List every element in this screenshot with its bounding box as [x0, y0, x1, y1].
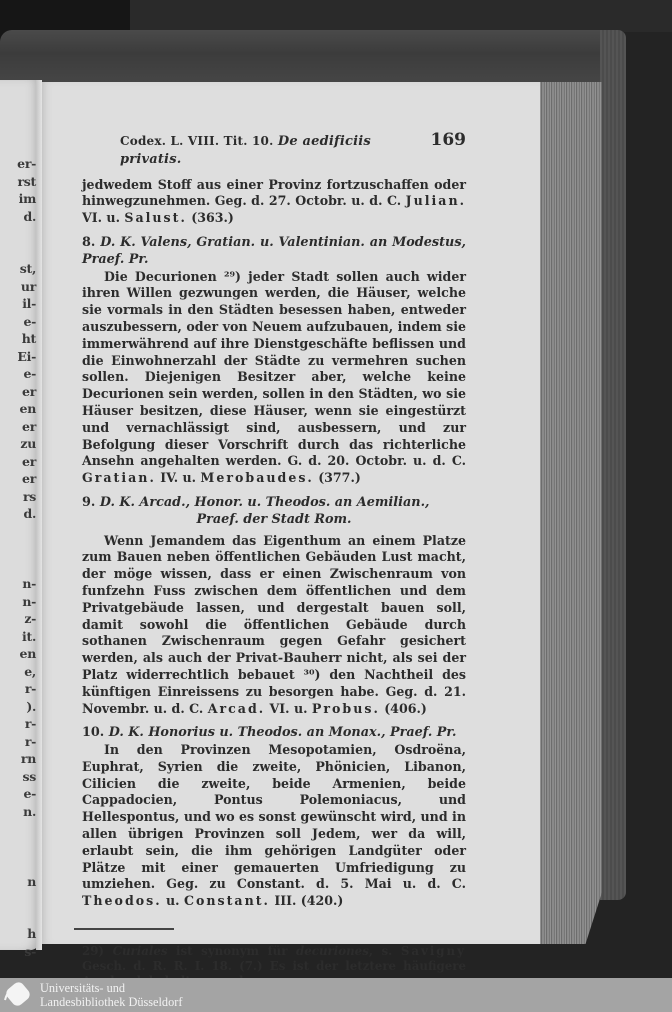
left-page-fragment: er — [0, 453, 36, 471]
section-9: 9. D. K. Arcad., Honor. u. Theodos. an A… — [82, 495, 466, 717]
left-page-fragment: im — [0, 190, 36, 208]
section-heading: 10. D. K. Honorius u. Theodos. an Monax.… — [82, 725, 466, 742]
left-page-fragment: h — [0, 925, 36, 943]
left-page-fragment: rs — [0, 488, 36, 506]
left-page-fragment: n- — [0, 593, 36, 611]
left-page-fragment: e- — [0, 313, 36, 331]
book-gutter — [36, 80, 42, 950]
date-text: VI. u. — [265, 701, 312, 716]
left-page-fragment: rst — [0, 173, 36, 191]
paragraph-text: Wenn Jemandem das Eigenthum an einem Pla… — [82, 533, 466, 699]
spaced-name: Theodos. — [82, 893, 162, 908]
section-number: 9. — [82, 495, 95, 510]
footnote-divider — [74, 928, 174, 930]
left-page-fragment: n — [0, 873, 36, 891]
page-number: 169 — [431, 132, 467, 149]
date-text: (377.) — [314, 470, 361, 485]
paragraph-text: Die Decurionen ²⁹) jeder Stadt sollen au… — [82, 269, 466, 469]
section-10: 10. D. K. Honorius u. Theodos. an Monax.… — [82, 725, 466, 910]
book-scan: er-rstimd. st,uril-e-htEi-e-erenerzuerer… — [0, 0, 672, 978]
left-page-fragment: en — [0, 645, 36, 663]
spaced-name: Gratian. — [82, 470, 156, 485]
running-title-text: Codex. L. VIII. Tit. 10. — [120, 134, 273, 148]
book-cover-top — [0, 30, 615, 88]
left-page-fragment: it. — [0, 628, 36, 646]
left-page-fragment: r- — [0, 733, 36, 751]
left-page-fragment: rn — [0, 750, 36, 768]
spaced-name: Arcad. — [208, 701, 265, 716]
left-page-fragment: en — [0, 400, 36, 418]
left-page-fragment — [0, 838, 36, 856]
left-page-fragment: n. — [0, 803, 36, 821]
date-text: u. — [162, 893, 184, 908]
spaced-name: Constant. — [184, 893, 270, 908]
library-name-line2: Landesbibliothek Düsseldorf — [40, 995, 182, 1009]
text: Gesch. d. R. R. I. 18. (7.) Es ist der l… — [82, 959, 466, 978]
left-page-fragment: Ei- — [0, 348, 36, 366]
library-banner: Universitäts- und Landesbibliothek Düsse… — [0, 978, 672, 1012]
library-name: Universitäts- und Landesbibliothek Düsse… — [40, 981, 182, 1009]
left-page-fragment: ss — [0, 768, 36, 786]
left-page-fragment — [0, 908, 36, 926]
left-page-fragment: s- — [0, 943, 36, 961]
section-number: 10. — [82, 725, 104, 740]
left-page-fragment: r- — [0, 680, 36, 698]
book-cover-spine-edge — [600, 30, 626, 900]
left-page-text-fragments: er-rstimd. st,uril-e-htEi-e-erenerzuerer… — [0, 155, 36, 960]
left-page-fragment: zu — [0, 435, 36, 453]
left-page-fragment — [0, 243, 36, 261]
left-page-fragment — [0, 890, 36, 908]
text: (363.) — [187, 210, 234, 225]
section-8: 8. D. K. Valens, Gratian. u. Valentinian… — [82, 235, 466, 487]
section-paragraph: Wenn Jemandem das Eigenthum an einem Pla… — [82, 533, 466, 718]
section-title: D. K. Arcad., Honor. u. Theodos. an Aemi… — [100, 495, 430, 510]
left-page-fragment: d. — [0, 208, 36, 226]
date-text: (406.) — [380, 701, 427, 716]
left-page-fragment: st, — [0, 260, 36, 278]
section-paragraph: In den Provinzen Mesopotamien, Osdroëna,… — [82, 742, 466, 910]
italic-term: Curiales — [113, 944, 168, 958]
left-page-fragment: e- — [0, 365, 36, 383]
footnotes: 29) Curiales ist synonym für decuriones,… — [82, 944, 466, 978]
spaced-name: Salust. — [124, 210, 187, 225]
left-page-fragment: il- — [0, 295, 36, 313]
section-title: D. K. Honorius u. Theodos. an Monax., Pr… — [109, 725, 457, 740]
left-page-fragment: z- — [0, 610, 36, 628]
left-page-fragment: e, — [0, 663, 36, 681]
running-header: Codex. L. VIII. Tit. 10. De aedificiis p… — [120, 132, 466, 169]
left-page-fragment — [0, 540, 36, 558]
section-title: D. K. Valens, Gratian. u. Valentinian. a… — [82, 235, 466, 267]
footnote-marker: 29) — [82, 944, 104, 958]
date-text: IV. u. — [156, 470, 201, 485]
spaced-name: Probus. — [312, 701, 380, 716]
left-page-fragment: ht — [0, 330, 36, 348]
left-page-fragment: er — [0, 470, 36, 488]
left-page-fragment: ). — [0, 698, 36, 716]
italic-term: decuriones — [296, 944, 369, 958]
text: VI. u. — [82, 210, 124, 225]
paragraph-text: In den Provinzen Mesopotamien, Osdroëna,… — [82, 742, 466, 891]
page-edges — [536, 82, 602, 944]
left-page-fragment — [0, 558, 36, 576]
text: ist synonym für — [168, 944, 297, 958]
left-page-fragment — [0, 225, 36, 243]
library-logo-icon — [0, 978, 36, 1012]
spaced-name: Savigny — [401, 944, 466, 958]
date-text: III. (420.) — [270, 893, 343, 908]
section-number: 8. — [82, 235, 95, 250]
continuation-paragraph: jedwedem Stoff aus einer Provinz fortzus… — [82, 177, 466, 227]
section-heading: 8. D. K. Valens, Gratian. u. Valentinian… — [82, 235, 466, 269]
spaced-name: Julian. — [406, 193, 466, 208]
background-dark — [130, 0, 672, 32]
left-page-fragment: er — [0, 383, 36, 401]
left-page-fragment — [0, 855, 36, 873]
left-page-fragment: er- — [0, 155, 36, 173]
library-name-line1: Universitäts- und — [40, 981, 182, 995]
date-text: G. d. 20. Octobr. u. d. C. — [288, 453, 466, 468]
section-title-line2: Praef. der Stadt Rom. — [82, 512, 466, 529]
left-page-fragment: r- — [0, 715, 36, 733]
page-content: Codex. L. VIII. Tit. 10. De aedificiis p… — [82, 132, 466, 978]
footnote-29: 29) Curiales ist synonym für decuriones,… — [82, 944, 466, 978]
left-page-fragment — [0, 523, 36, 541]
left-page-fragment — [0, 820, 36, 838]
running-title: Codex. L. VIII. Tit. 10. De aedificiis p… — [120, 133, 431, 169]
text: , s. — [369, 944, 401, 958]
left-page-fragment: er — [0, 418, 36, 436]
left-page-fragment: e- — [0, 785, 36, 803]
left-page-fragment: d. — [0, 505, 36, 523]
section-heading: 9. D. K. Arcad., Honor. u. Theodos. an A… — [82, 495, 466, 512]
spaced-name: Merobaudes. — [200, 470, 313, 485]
section-paragraph: Die Decurionen ²⁹) jeder Stadt sollen au… — [82, 269, 466, 487]
left-page-fragment: n- — [0, 575, 36, 593]
left-page-fragment: ur — [0, 278, 36, 296]
